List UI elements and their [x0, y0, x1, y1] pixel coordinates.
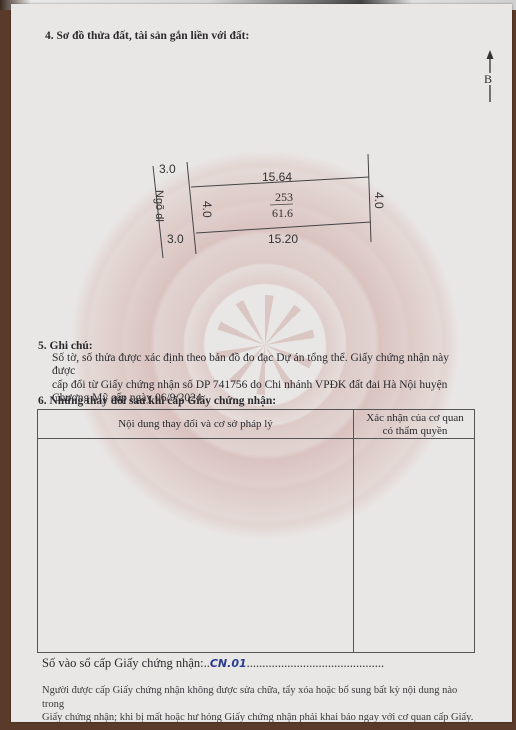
section-6-title: 6. Những thay đổi sau khi cấp Giấy chứng… [38, 395, 276, 407]
road-width-top: 3.0 [159, 162, 176, 176]
right-edge-length: 4.0 [372, 192, 386, 209]
warning-line: Giấy chứng nhận; khi bị mất hoặc hư hỏng… [42, 711, 482, 725]
top-edge-length: 15.64 [262, 170, 292, 184]
changes-table: Nội dung thay đổi và cơ sở pháp lý Xác n… [37, 409, 475, 653]
warning-line: Người được cấp Giấy chứng nhận không đượ… [42, 684, 482, 711]
header-divider [38, 438, 474, 439]
parcel-area: 61.6 [272, 206, 293, 221]
note-line: cấp đổi từ Giấy chứng nhận số DP 741756 … [52, 379, 472, 392]
road-label: Ngõ dl [153, 190, 165, 222]
note-line: Số tờ, số thửa được xác định theo bản đồ… [52, 352, 472, 379]
header-line: Xác nhận của cơ quan [354, 412, 476, 425]
warning-text: Người được cấp Giấy chứng nhận không đượ… [42, 684, 482, 725]
registry-label: Số vào sổ cấp Giấy chứng nhận:.. [42, 656, 210, 670]
column-divider [353, 410, 354, 652]
registry-handwritten-value: CN.01 [210, 657, 247, 670]
section-5-title: 5. Ghi chú: [38, 340, 93, 352]
section-4-title: 4. Sơ đồ thửa đất, tài sản gắn liền với … [45, 30, 249, 42]
registry-number-line: Số vào sổ cấp Giấy chứng nhận:..CN.01...… [42, 656, 384, 671]
parcel-number: 253 [275, 190, 293, 205]
left-edge-length: 4.0 [200, 201, 214, 218]
column-header-content: Nội dung thay đổi và cơ sở pháp lý [38, 418, 353, 430]
bottom-edge-length: 15.20 [268, 232, 298, 246]
north-label: B [483, 73, 493, 85]
road-width-bottom: 3.0 [167, 232, 184, 246]
header-line: có thẩm quyền [354, 425, 476, 438]
column-header-confirmation: Xác nhận của cơ quan có thẩm quyền [354, 412, 476, 437]
registry-dots: ........................................… [247, 656, 385, 670]
